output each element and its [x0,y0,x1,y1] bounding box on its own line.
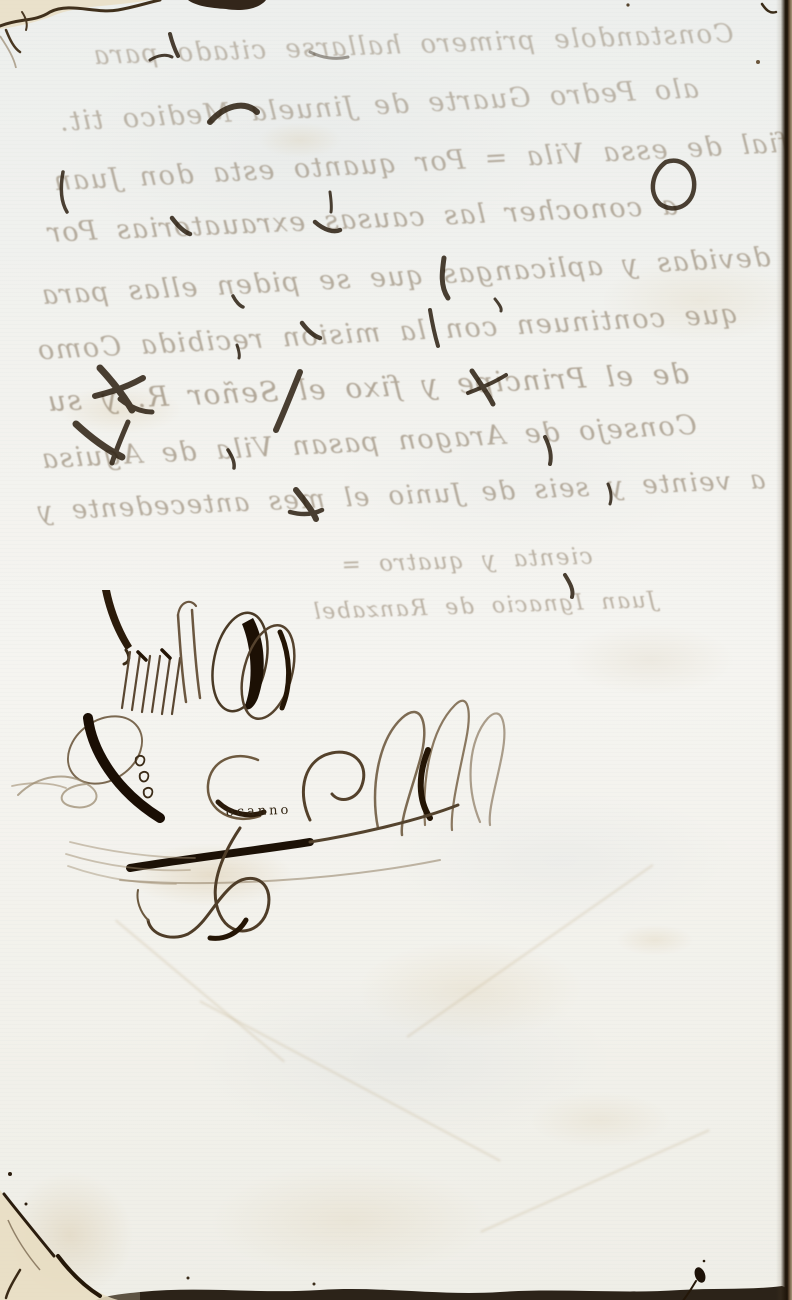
flourish-text: ocanno [226,803,292,820]
signature-flourish: ocanno [10,590,510,960]
bleedthrough-line: que continuen con la mision recibida Com… [36,299,739,367]
bleedthrough-line: Consejo de Aragon pasan Vila de Aguisa [40,410,698,475]
signature-line: Juan Ignacio de Ranzabel [312,588,657,625]
bleedthrough-line: devidas y aplicangas que se piden ellas … [40,242,771,311]
paper-crease [480,1129,709,1233]
torn-bottom-edge [0,1266,792,1300]
bleedthrough-line: a veinte y seis de Junio el mes antecede… [36,465,766,527]
paper-crease [115,920,285,1063]
bleedthrough-line: fial de essa Vila = Por quanto esta don … [52,128,790,198]
torn-corner-bottom-left [0,1160,120,1300]
paper-crease [199,1000,500,1161]
paper-crease [407,864,654,1038]
bleedthrough-line: alo Pedro Guarte de Jinuela Medico tit. [58,73,700,138]
bleedthrough-line: a conocher las causas exrauatorias Por [46,190,679,249]
bleedthrough-line: Constandole primero hallarse citado para [92,19,734,71]
page-edge-right [776,0,792,1300]
bleedthrough-line: de el Principe y fixo el Señor R. y su [46,357,690,418]
bleedthrough-line: cienta y quatro = [340,544,593,579]
ink-drip [660,1245,760,1300]
manuscript-page: Constandole primero hallarse citado para… [0,0,792,1300]
